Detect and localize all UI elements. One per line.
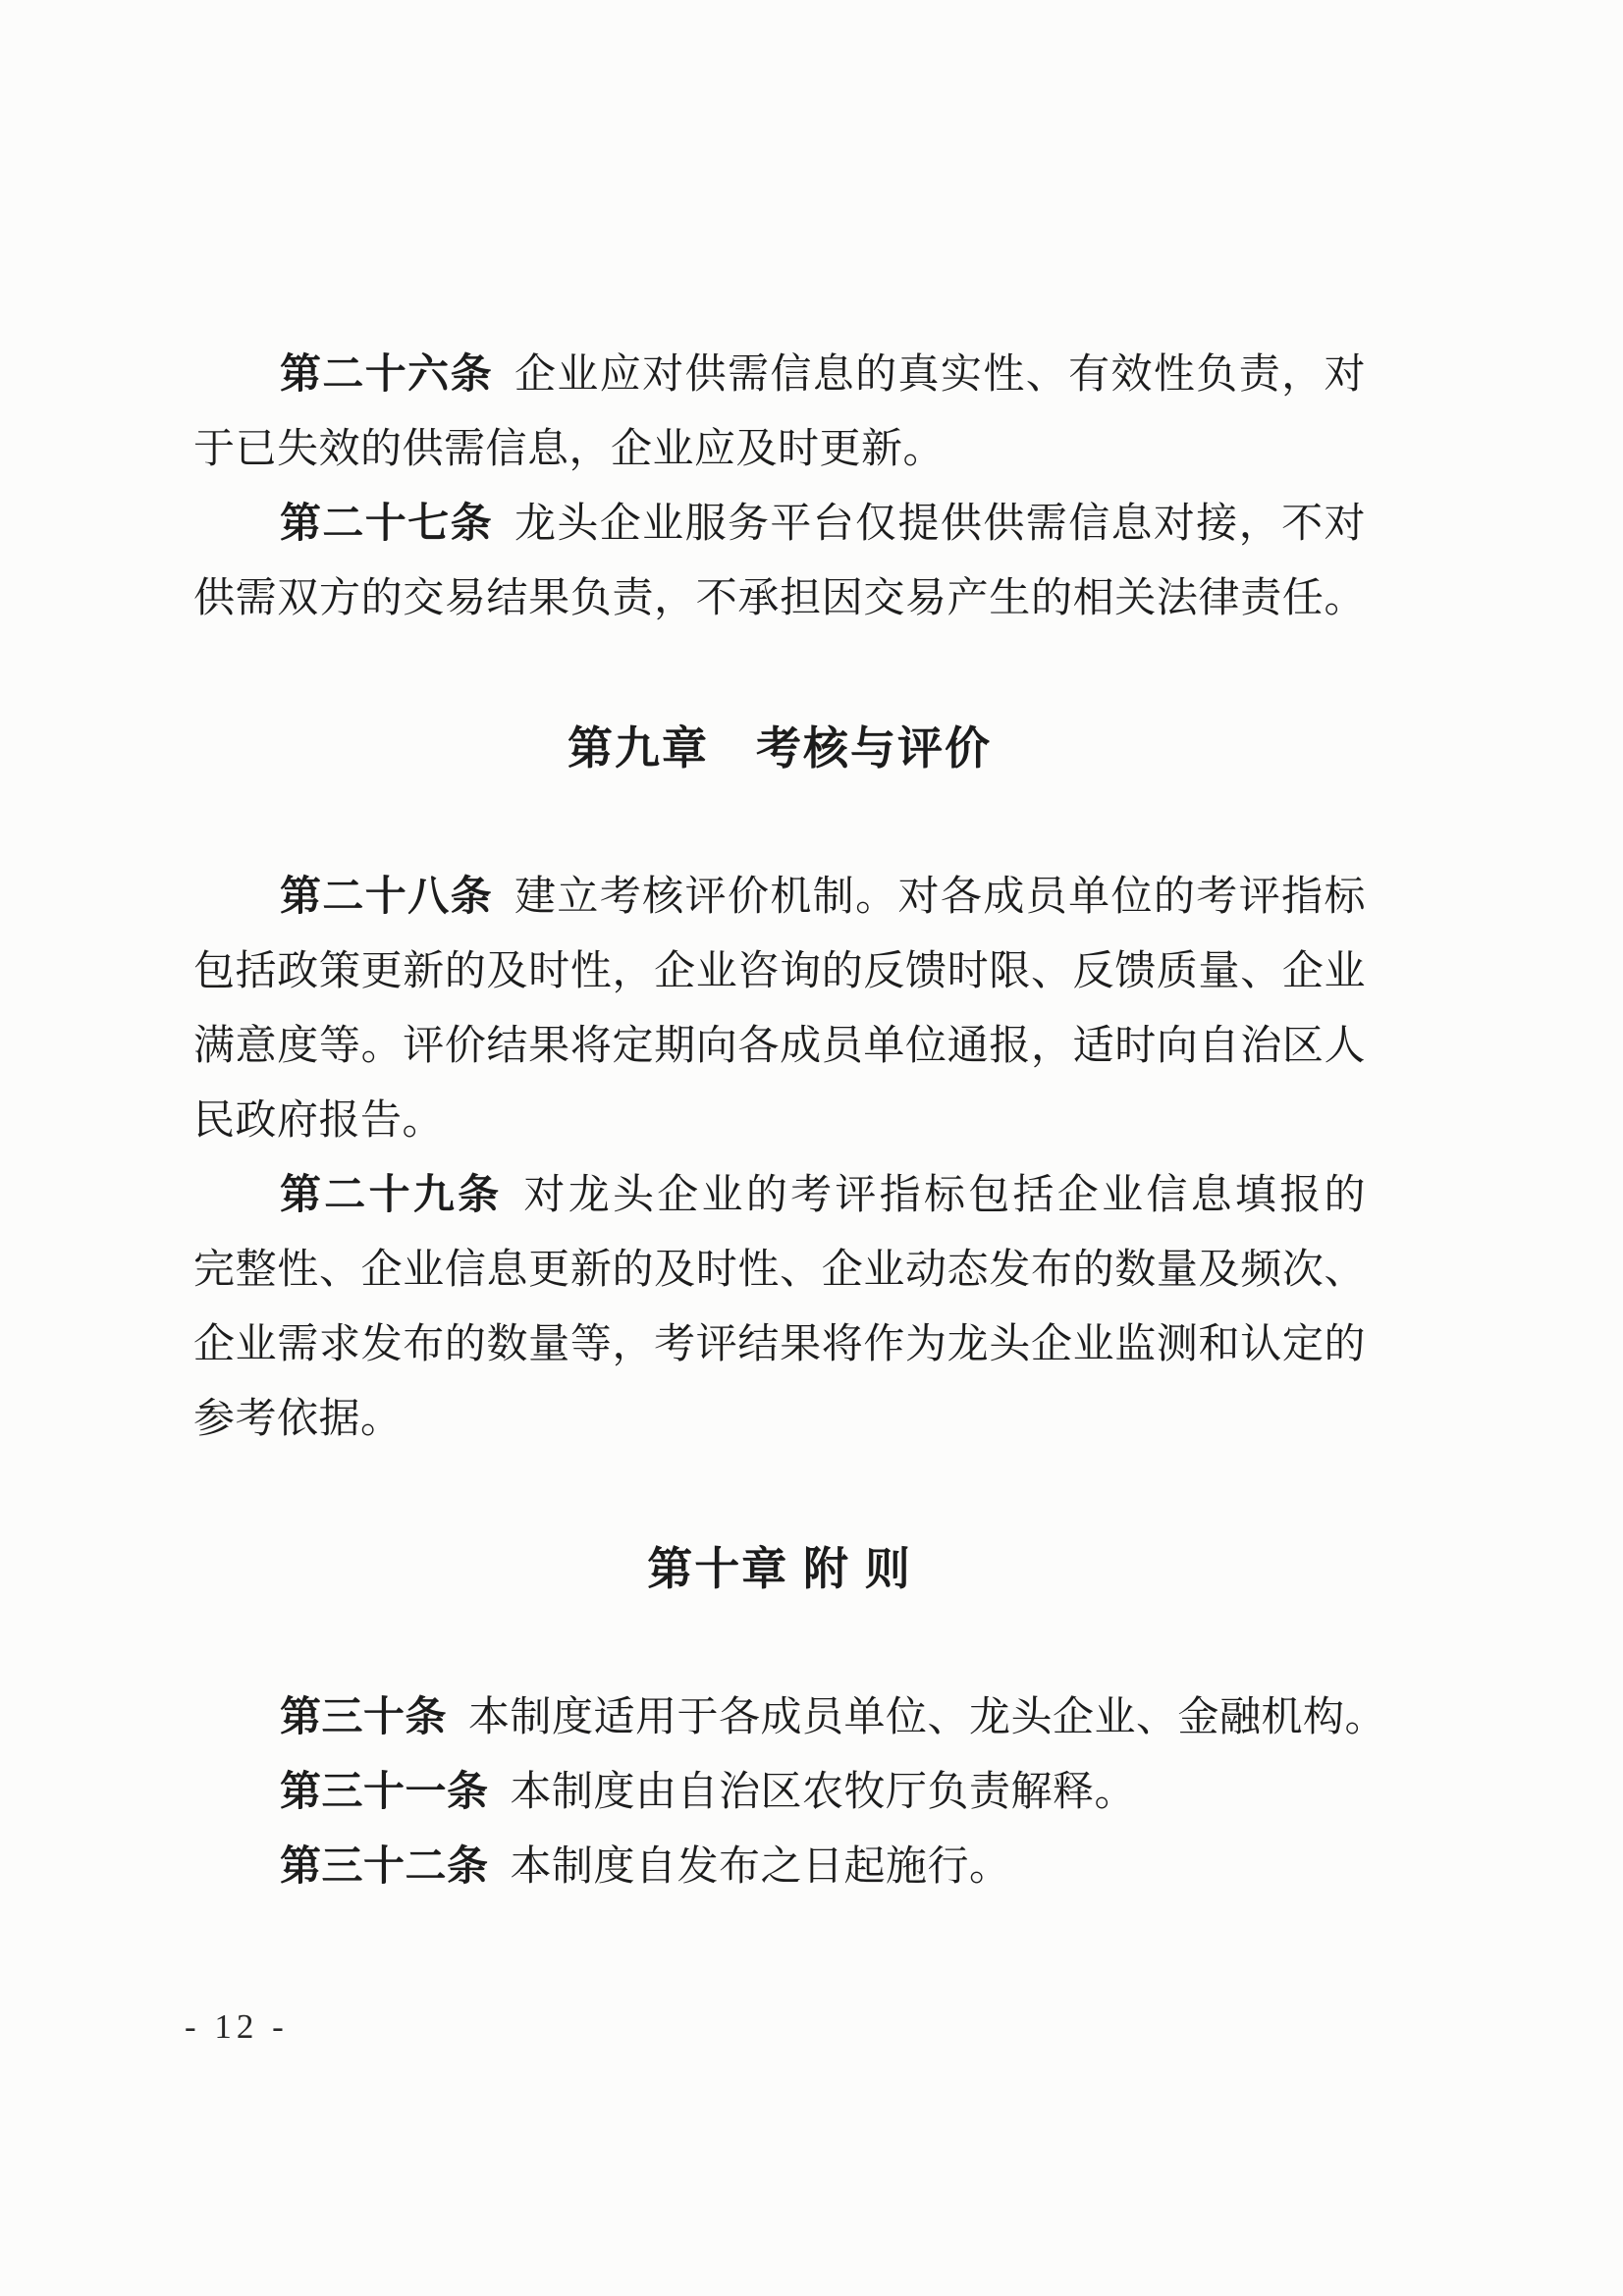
article-26-line-1: 第二十六条企业应对供需信息的真实性、有效性负责，对 — [193, 338, 1366, 412]
article-28-text-line-2: 包括政策更新的及时性，企业咨询的反馈时限、反馈质量、企业 — [193, 949, 1366, 994]
article-27-text-line-2: 供需双方的交易结果负责，不承担因交易产生的相关法律责任。 — [193, 576, 1366, 621]
article-26-line-2: 于已失效的供需信息，企业应及时更新。 — [193, 412, 1366, 487]
article-26-text-line-2: 于已失效的供需信息，企业应及时更新。 — [193, 427, 945, 472]
document-page: 第二十六条企业应对供需信息的真实性、有效性负责，对 于已失效的供需信息，企业应及… — [0, 0, 1623, 2296]
article-29-text-line-3: 企业需求发布的数量等，考评结果将作为龙头企业监测和认定的 — [193, 1322, 1366, 1367]
article-26-text-line-1: 企业应对供需信息的真实性、有效性负责，对 — [514, 352, 1366, 398]
article-29-text-line-1: 对龙头企业的考评指标包括企业信息填报的 — [523, 1173, 1366, 1218]
article-32-text: 本制度自发布之日起施行。 — [511, 1844, 1011, 1890]
article-29-label: 第二十九条 — [280, 1173, 502, 1218]
article-29-line-4: 参考依据。 — [193, 1382, 1366, 1457]
page-number: - 12 - — [185, 2007, 289, 2047]
article-30-line-1: 第三十条本制度适用于各成员单位、龙头企业、金融机构。 — [193, 1681, 1366, 1755]
article-31-label: 第三十一条 — [280, 1770, 489, 1815]
document-body: 第二十六条企业应对供需信息的真实性、有效性负责，对 于已失效的供需信息，企业应及… — [193, 338, 1366, 1904]
article-28-text-line-1: 建立考核评价机制。对各成员单位的考评指标 — [514, 875, 1366, 920]
article-31-text: 本制度由自治区农牧厅负责解释。 — [511, 1770, 1137, 1815]
article-30-label: 第三十条 — [280, 1695, 447, 1740]
spacer — [193, 785, 1366, 860]
article-27-line-2: 供需双方的交易结果负责，不承担因交易产生的相关法律责任。 — [193, 561, 1366, 636]
article-28-line-1: 第二十八条建立考核评价机制。对各成员单位的考评指标 — [193, 860, 1366, 934]
article-29-line-3: 企业需求发布的数量等，考评结果将作为龙头企业监测和认定的 — [193, 1308, 1366, 1382]
article-27-line-1: 第二十七条龙头企业服务平台仅提供供需信息对接，不对 — [193, 487, 1366, 561]
article-28-line-3: 满意度等。评价结果将定期向各成员单位通报，适时向自治区人 — [193, 1009, 1366, 1084]
chapter-10-heading: 第十章 附 则 — [193, 1531, 1366, 1606]
article-28-label: 第二十八条 — [280, 875, 493, 920]
article-27-label: 第二十七条 — [280, 502, 493, 547]
article-32-label: 第三十二条 — [280, 1844, 489, 1890]
article-32-line-1: 第三十二条本制度自发布之日起施行。 — [193, 1830, 1366, 1904]
article-29-text-line-4: 参考依据。 — [193, 1397, 403, 1442]
article-28-line-2: 包括政策更新的及时性，企业咨询的反馈时限、反馈质量、企业 — [193, 934, 1366, 1009]
chapter-9-heading: 第九章 考核与评价 — [193, 711, 1366, 785]
article-26-label: 第二十六条 — [280, 352, 493, 398]
article-28-text-line-4: 民政府报告。 — [193, 1098, 444, 1144]
article-28-text-line-3: 满意度等。评价结果将定期向各成员单位通报，适时向自治区人 — [193, 1024, 1366, 1069]
article-31-line-1: 第三十一条本制度由自治区农牧厅负责解释。 — [193, 1755, 1366, 1830]
spacer — [193, 1457, 1366, 1531]
article-29-line-1: 第二十九条对龙头企业的考评指标包括企业信息填报的 — [193, 1158, 1366, 1233]
article-29-line-2: 完整性、企业信息更新的及时性、企业动态发布的数量及频次、 — [193, 1233, 1366, 1308]
article-28-line-4: 民政府报告。 — [193, 1084, 1366, 1158]
article-29-text-line-2: 完整性、企业信息更新的及时性、企业动态发布的数量及频次、 — [193, 1248, 1366, 1293]
spacer — [193, 1606, 1366, 1681]
spacer — [193, 636, 1366, 711]
article-27-text-line-1: 龙头企业服务平台仅提供供需信息对接，不对 — [514, 502, 1366, 547]
article-30-text: 本制度适用于各成员单位、龙头企业、金融机构。 — [468, 1695, 1386, 1740]
